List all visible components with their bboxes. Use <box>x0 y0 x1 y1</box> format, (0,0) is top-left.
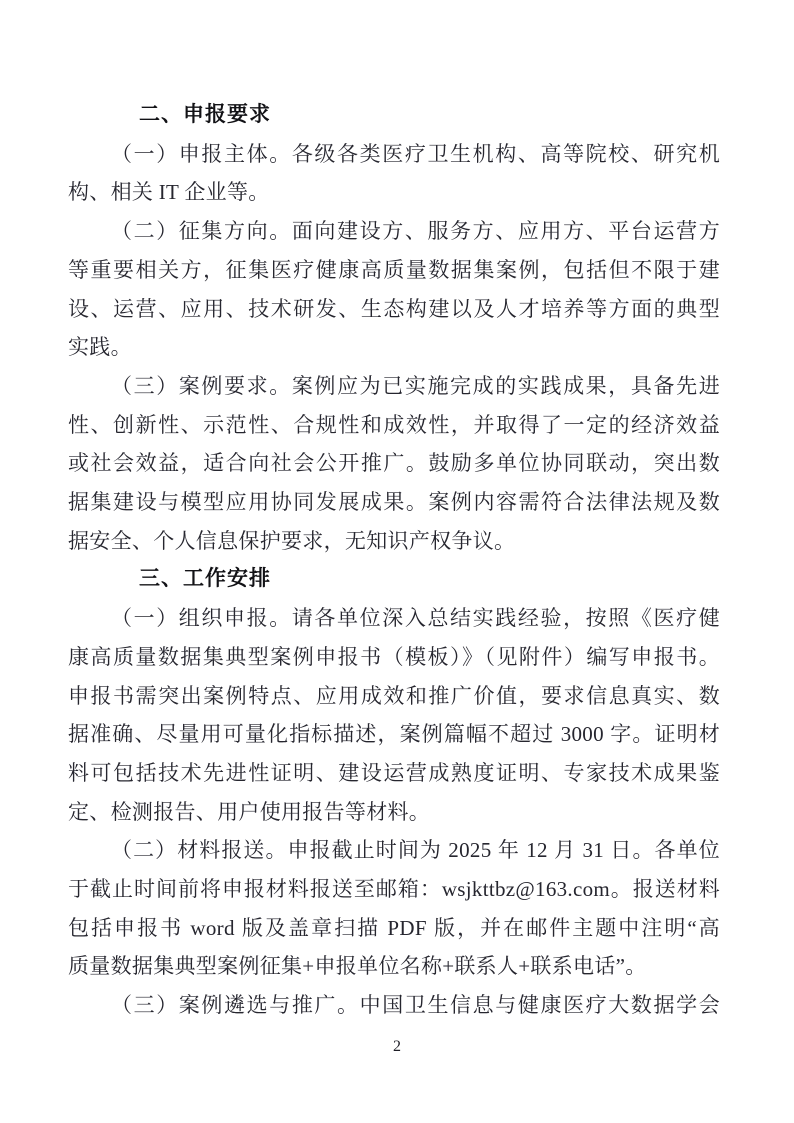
paragraph-material-submission: （二）材料报送。申报截止时间为 2025 年 12 月 31 日。各单位于截止时… <box>68 831 720 986</box>
paragraph-line: 质量数据集典型案例征集+申报单位名称+联系人+联系电话”。 <box>68 947 720 986</box>
document-body: 二、申报要求（一）申报主体。各级各类医疗卫生机构、高等院校、研究机构、相关 IT… <box>68 96 720 1025</box>
paragraph-line: （二）征集方向。面向建设方、服务方、应用方、平台运营方 <box>68 212 720 251</box>
paragraph-application-subjects: （一）申报主体。各级各类医疗卫生机构、高等院校、研究机构、相关 IT 企业等。 <box>68 135 720 212</box>
paragraph-line: 据集建设与模型应用协同发展成果。案例内容需符合法律法规及数 <box>68 483 720 522</box>
paragraph-line: 康高质量数据集典型案例申报书（模板）》（见附件）编写申报书。 <box>68 638 720 677</box>
paragraph-line: 实践。 <box>68 328 720 367</box>
paragraph-line: 设、运营、应用、技术研发、生态构建以及人才培养等方面的典型 <box>68 290 720 329</box>
section-heading-work-arrangement: 三、工作安排 <box>68 560 720 599</box>
paragraph-organize-application: （一）组织申报。请各单位深入总结实践经验，按照《医疗健康高质量数据集典型案例申报… <box>68 599 720 831</box>
paragraph-line: 包括申报书 word 版及盖章扫描 PDF 版，并在邮件主题中注明“高 <box>68 909 720 948</box>
paragraph-line: 于截止时间前将申报材料报送至邮箱：wsjkttbz@163.com。报送材料 <box>68 870 720 909</box>
paragraph-collection-directions: （二）征集方向。面向建设方、服务方、应用方、平台运营方等重要相关方，征集医疗健康… <box>68 212 720 367</box>
paragraph-line: （三）案例要求。案例应为已实施完成的实践成果，具备先进 <box>68 367 720 406</box>
page-number: 2 <box>0 1036 794 1058</box>
paragraph-line: 等重要相关方，征集医疗健康高质量数据集案例，包括但不限于建 <box>68 251 720 290</box>
paragraph-line: 料可包括技术先进性证明、建设运营成熟度证明、专家技术成果鉴 <box>68 754 720 793</box>
paragraph-line: 定、检测报告、用户使用报告等材料。 <box>68 793 720 832</box>
paragraph-line: 申报书需突出案例特点、应用成效和推广价值，要求信息真实、数 <box>68 677 720 716</box>
document-page: 二、申报要求（一）申报主体。各级各类医疗卫生机构、高等院校、研究机构、相关 IT… <box>0 0 794 1123</box>
heading-text: 三、工作安排 <box>68 560 720 599</box>
paragraph-line: 据安全、个人信息保护要求，无知识产权争议。 <box>68 522 720 561</box>
paragraph-line: 或社会效益，适合向社会公开推广。鼓励多单位协同联动，突出数 <box>68 444 720 483</box>
paragraph-line: 构、相关 IT 企业等。 <box>68 173 720 212</box>
section-heading-application-requirements: 二、申报要求 <box>68 96 720 135</box>
paragraph-case-requirements: （三）案例要求。案例应为已实施完成的实践成果，具备先进性、创新性、示范性、合规性… <box>68 367 720 561</box>
paragraph-line: 据准确、尽量用可量化指标描述，案例篇幅不超过 3000 字。证明材 <box>68 715 720 754</box>
paragraph-line: （一）组织申报。请各单位深入总结实践经验，按照《医疗健 <box>68 599 720 638</box>
paragraph-line: （一）申报主体。各级各类医疗卫生机构、高等院校、研究机 <box>68 135 720 174</box>
paragraph-line: （三）案例遴选与推广。中国卫生信息与健康医疗大数据学会 <box>68 986 720 1025</box>
paragraph-case-selection-promotion: （三）案例遴选与推广。中国卫生信息与健康医疗大数据学会 <box>68 986 720 1025</box>
paragraph-line: 性、创新性、示范性、合规性和成效性，并取得了一定的经济效益 <box>68 406 720 445</box>
paragraph-line: （二）材料报送。申报截止时间为 2025 年 12 月 31 日。各单位 <box>68 831 720 870</box>
heading-text: 二、申报要求 <box>68 96 720 135</box>
